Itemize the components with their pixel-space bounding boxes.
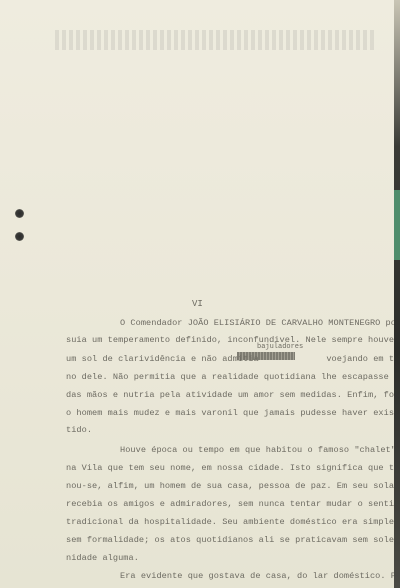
text-line: no dele. Não permitia que a realidade qu… (66, 372, 389, 382)
punch-hole-icon (15, 232, 24, 241)
punch-hole-icon (15, 209, 24, 218)
scan-edge (394, 0, 400, 588)
chapter-heading: VI (192, 299, 203, 309)
text-line: O Comendador JOÃO ELISIÁRIO DE CARVALHO … (120, 318, 400, 328)
scan-edge-green (394, 190, 400, 260)
text-line: sem formalidade; os atos quotidianos ali… (66, 535, 399, 545)
text-line: nidade alguma. (66, 553, 139, 563)
text-line: um sol de clarividência e não admitia vo… (66, 354, 400, 364)
text-line: Era evidente que gostava de casa, do lar… (120, 571, 400, 581)
text-line: na Vila que tem seu nome, em nossa cidad… (66, 463, 400, 473)
text-line: tido. (66, 425, 92, 435)
text-line: o homem mais mudez e mais varonil que ja… (66, 408, 399, 418)
text-line: suia um temperamento definido, inconfund… (66, 335, 394, 345)
text-line: das mãos e nutria pela atividade um amor… (66, 390, 399, 400)
text-line: tradicional da hospitalidade. Seu ambien… (66, 517, 400, 527)
text-line: nou-se, alfim, um homem de sua casa, pes… (66, 481, 399, 491)
text-line: recebia os amigos e admiradores, sem nun… (66, 499, 400, 509)
text-line: Houve época ou tempo em que habitou o fa… (120, 445, 400, 455)
typed-page: VI bajuladores O Comendador JOÃO ELISIÁR… (0, 0, 394, 588)
show-through-text (55, 30, 375, 50)
